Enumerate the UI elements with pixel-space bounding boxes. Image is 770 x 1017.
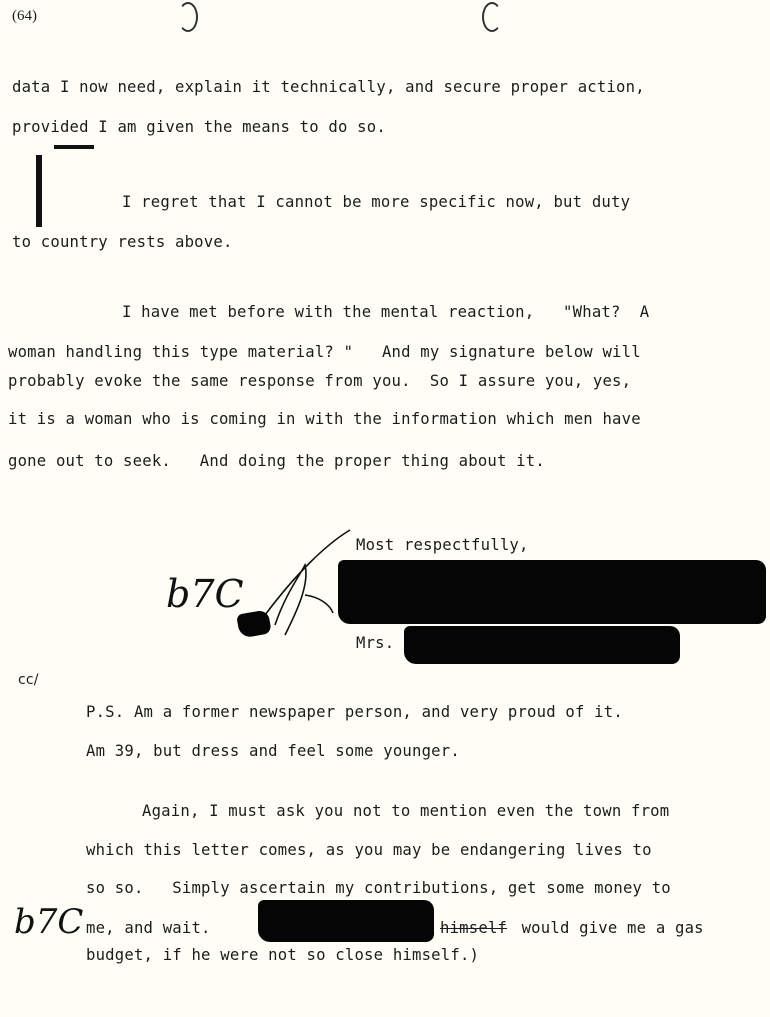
postscript-line: P.S. Am a former newspaper person, and v… — [86, 703, 623, 721]
page-number: (64) — [12, 8, 37, 25]
handwritten-annotation: b7C — [166, 572, 244, 616]
redaction-box — [258, 900, 434, 942]
redaction-box — [404, 626, 680, 664]
body-line: it is a woman who is coming in with the … — [8, 410, 641, 428]
body-line: budget, if he were not so close himself.… — [86, 946, 479, 964]
body-line: gone out to seek. And doing the proper t… — [8, 452, 545, 470]
body-line: to country rests above. — [12, 233, 233, 251]
punch-hole-left — [178, 2, 198, 32]
body-line: so so. Simply ascertain my contributions… — [86, 879, 671, 897]
body-line: woman handling this type material? " And… — [8, 343, 641, 361]
body-line: data I now need, explain it technically,… — [12, 78, 645, 96]
body-line: I regret that I cannot be more specific … — [122, 193, 630, 211]
body-line: me, and wait. — [86, 919, 211, 937]
postscript-line: Am 39, but dress and feel some younger. — [86, 742, 460, 760]
closing: Most respectfully, — [356, 536, 529, 554]
margin-mark — [54, 145, 94, 149]
margin-bracket — [36, 155, 42, 227]
body-line: probably evoke the same response from yo… — [8, 372, 631, 390]
body-line: I have met before with the mental reacti… — [122, 303, 649, 321]
body-line: would give me a gas — [512, 919, 704, 937]
cc-label: cc/ — [18, 672, 39, 688]
punch-hole-right — [482, 2, 502, 32]
body-line: which this letter comes, as you may be e… — [86, 841, 652, 859]
body-line: Again, I must ask you not to mention eve… — [142, 802, 669, 820]
handwritten-annotation: b7C — [14, 902, 83, 942]
body-line: provided I am given the means to do so. — [12, 118, 386, 136]
redaction-box — [338, 560, 766, 624]
struck-word: himself — [440, 919, 507, 937]
signature-prefix: Mrs. — [356, 634, 394, 652]
